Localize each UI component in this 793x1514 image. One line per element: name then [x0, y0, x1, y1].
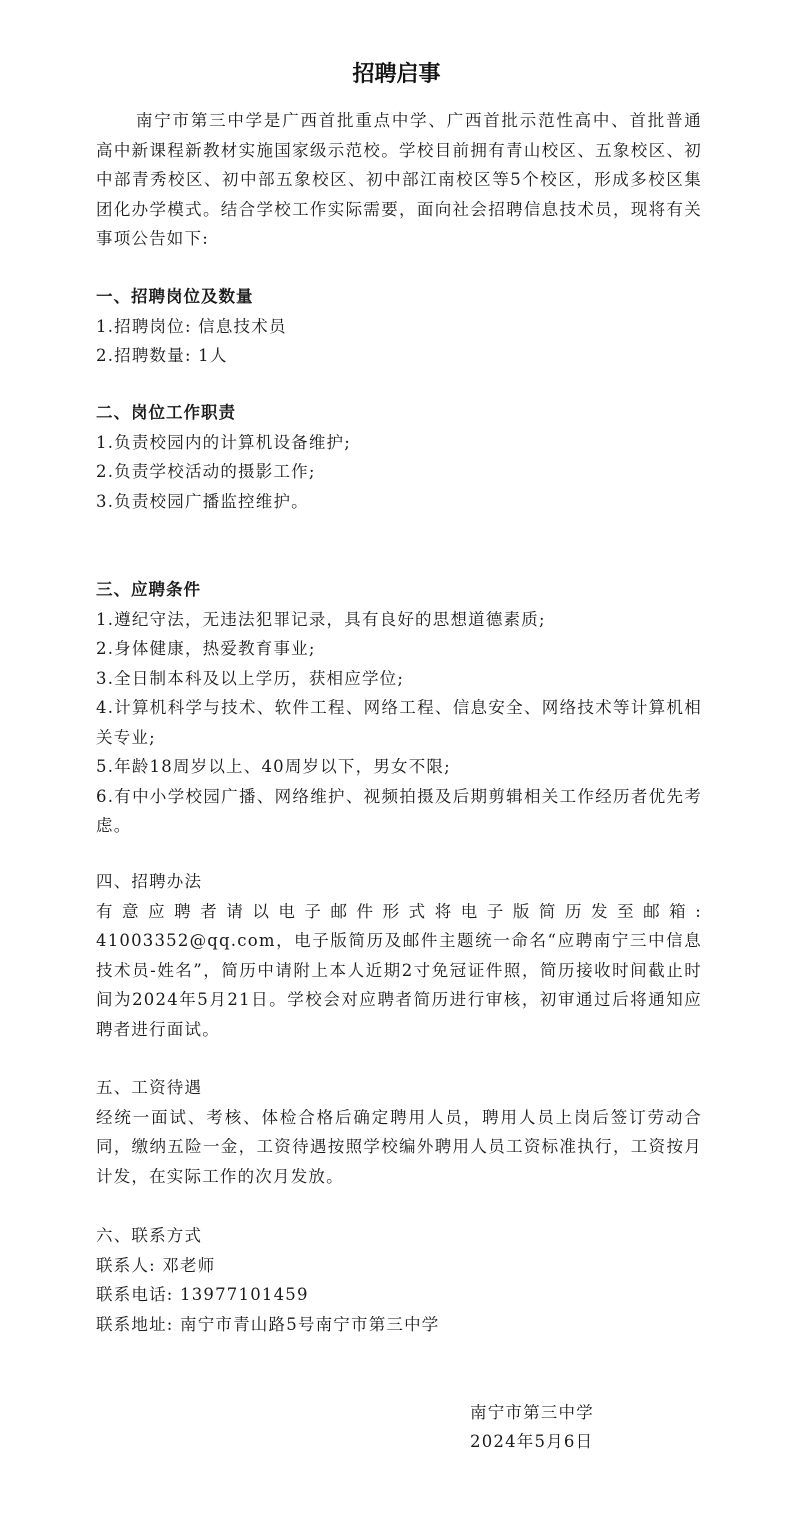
document-page: 招聘启事 南宁市第三中学是广西首批重点中学、广西首批示范性高中、首批普通高中新课…	[0, 0, 793, 1514]
section-heading: 一、招聘岗位及数量	[96, 282, 702, 312]
section-contact: 六、联系方式 联系人: 邓老师 联系电话: 13977101459 联系地址: …	[96, 1221, 702, 1339]
list-item: 1.招聘岗位: 信息技术员	[96, 312, 702, 342]
section-heading: 六、联系方式	[96, 1221, 702, 1251]
list-item: 2.招聘数量: 1人	[96, 341, 702, 371]
section-duties: 二、岗位工作职责 1.负责校园内的计算机设备维护; 2.负责学校活动的摄影工作;…	[96, 398, 702, 516]
list-item: 6.有中小学校园广播、网络维护、视频拍摄及后期剪辑相关工作经历者优先考虑。	[96, 782, 702, 841]
list-item: 1.遵纪守法，无违法犯罪记录，具有良好的思想道德素质;	[96, 605, 702, 635]
section-salary: 五、工资待遇 经统一面试、考核、体检合格后确定聘用人员，聘用人员上岗后签订劳动合…	[96, 1073, 702, 1191]
contact-person: 联系人: 邓老师	[96, 1251, 702, 1281]
list-item: 4.计算机科学与技术、软件工程、网络工程、信息安全、网络技术等计算机相关专业;	[96, 693, 702, 752]
section-heading: 三、应聘条件	[96, 575, 702, 605]
list-item: 5.年龄18周岁以上、40周岁以下，男女不限;	[96, 752, 702, 782]
list-item: 3.负责校园广播监控维护。	[96, 487, 702, 517]
section-heading: 二、岗位工作职责	[96, 398, 702, 428]
document-title: 招聘启事	[0, 60, 793, 90]
list-item: 3.全日制本科及以上学历，获相应学位;	[96, 664, 702, 694]
section-method: 四、招聘办法 有意应聘者请以电子邮件形式将电子版简历发至邮箱: 41003352…	[96, 867, 702, 1044]
signature-organization: 南宁市第三中学	[470, 1398, 594, 1428]
list-item: 1.负责校园内的计算机设备维护;	[96, 428, 702, 458]
intro-paragraph: 南宁市第三中学是广西首批重点中学、广西首批示范性高中、首批普通高中新课程新教材实…	[96, 106, 702, 254]
list-item: 2.负责学校活动的摄影工作;	[96, 457, 702, 487]
contact-phone: 联系电话: 13977101459	[96, 1280, 702, 1310]
section-requirements: 三、应聘条件 1.遵纪守法，无违法犯罪记录，具有良好的思想道德素质; 2.身体健…	[96, 575, 702, 841]
section-positions: 一、招聘岗位及数量 1.招聘岗位: 信息技术员 2.招聘数量: 1人	[96, 282, 702, 371]
section-heading: 五、工资待遇	[96, 1073, 702, 1103]
signature-date: 2024年5月6日	[470, 1427, 593, 1457]
list-item: 2.身体健康，热爱教育事业;	[96, 634, 702, 664]
contact-address: 联系地址: 南宁市青山路5号南宁市第三中学	[96, 1310, 702, 1340]
section-heading: 四、招聘办法	[96, 867, 702, 897]
section-body: 有意应聘者请以电子邮件形式将电子版简历发至邮箱: 41003352@qq.com…	[96, 897, 702, 1045]
section-body: 经统一面试、考核、体检合格后确定聘用人员，聘用人员上岗后签订劳动合同，缴纳五险一…	[96, 1103, 702, 1192]
